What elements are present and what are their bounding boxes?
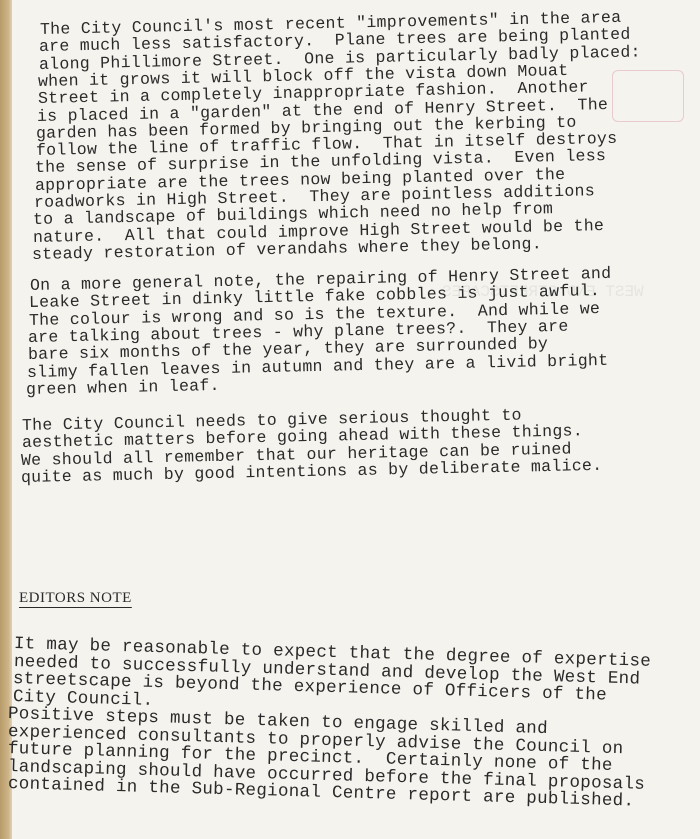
faded-stamp <box>612 70 684 122</box>
document-page: WEST END STREETSCAPES The City Council's… <box>12 0 700 839</box>
editors-note-heading: EDITORS NOTE <box>19 590 132 607</box>
text-line: green when in leaf. <box>26 376 220 399</box>
